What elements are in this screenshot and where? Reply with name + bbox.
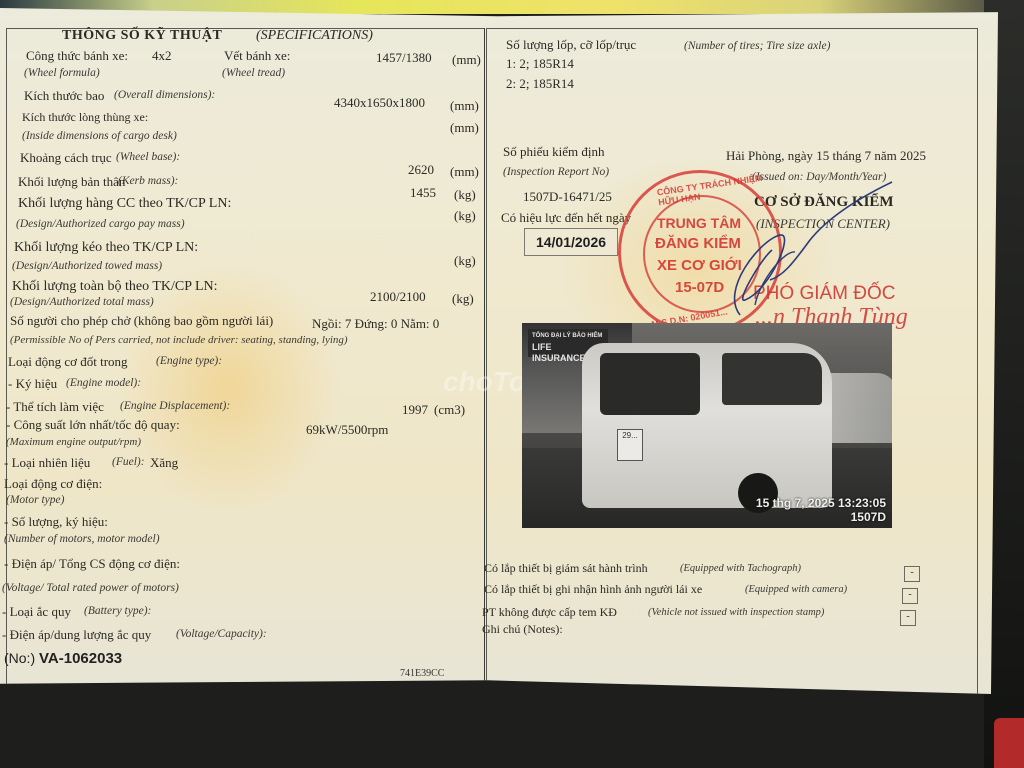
wheel-formula-value: 4x2: [152, 48, 172, 64]
wheel-formula-label-en: (Wheel formula): [24, 67, 100, 79]
towed-mass-label: Khối lượng kéo theo TK/CP LN:: [14, 240, 198, 256]
engine-model-label-en: (Engine model):: [66, 377, 141, 389]
photo-timestamp-date: 15 thg 7, 2025 13:23:05: [756, 496, 886, 510]
photo-van-rear-window: [600, 353, 700, 415]
check-camera-box: -: [902, 588, 918, 604]
vehicle-photo: TỔNG ĐẠI LÝ BẢO HIỂM LIFE INSURANCE 29..…: [522, 323, 892, 528]
document-number: (No:) VA-1062033: [4, 650, 122, 667]
photo-timestamp-station: 1507D: [756, 510, 886, 524]
check-stamp-label: PT không được cấp tem KĐ: [482, 605, 617, 620]
battery-voltage-label-en: (Voltage/Capacity):: [176, 628, 267, 640]
engine-displacement-unit: (cm3): [434, 402, 465, 418]
persons-label-en: (Permissible No of Pers carried, not inc…: [10, 334, 348, 346]
wheel-tread-unit: (mm): [452, 52, 481, 68]
total-mass-label: Khối lượng toàn bộ theo TK/CP LN:: [12, 279, 218, 295]
kerb-mass-unit: (kg): [454, 187, 476, 203]
check-camera-label: Có lắp thiết bị ghi nhận hình ảnh người …: [484, 582, 702, 597]
cargo-inside-label: Kích thước lòng thùng xe:: [22, 110, 148, 125]
motor-voltage-label: - Điện áp/ Tổng CS động cơ điện:: [4, 556, 180, 572]
overall-dimensions-label-en: (Overall dimensions):: [114, 89, 215, 101]
persons-label: Số người cho phép chở (không bao gồm ngư…: [10, 313, 273, 329]
engine-output-label-en: (Maximum engine output/rpm): [6, 436, 141, 448]
overall-dimensions-label: Kích thước bao: [24, 88, 104, 104]
cargo-mass-unit: (kg): [454, 208, 476, 224]
engine-displacement-label: - Thể tích làm việc: [6, 399, 104, 415]
battery-voltage-label: - Điện áp/dung lượng ắc quy: [2, 627, 151, 643]
fuel-value: Xăng: [150, 455, 178, 471]
issue-place-date: Hải Phòng, ngày 15 tháng 7 năm 2025: [726, 148, 926, 164]
overall-dimensions-value: 4340x1650x1800: [334, 95, 425, 111]
motor-type-label: Loại động cơ điện:: [4, 476, 102, 492]
overall-dimensions-unit: (mm): [450, 98, 479, 114]
towed-mass-label-en: (Design/Authorized towed mass): [12, 260, 162, 272]
tires-label: Số lượng lốp, cỡ lốp/trục: [506, 37, 636, 53]
wheel-base-label: Khoảng cách trục: [20, 150, 112, 166]
engine-output-label: - Công suất lớn nhất/tốc độ quay:: [6, 417, 180, 433]
seatbelt-buckle: [994, 718, 1024, 768]
engine-type-label-en: (Engine type):: [156, 355, 222, 367]
photo-timestamp: 15 thg 7, 2025 13:23:05 1507D: [756, 496, 886, 524]
tire-axle-1: 1: 2; 185R14: [506, 56, 574, 72]
motor-count-label-en: (Number of motors, motor model): [4, 533, 160, 545]
kerb-mass-value: 1455: [410, 185, 436, 201]
wheel-tread-label-en: (Wheel tread): [222, 67, 285, 79]
valid-until-date: 14/01/2026: [524, 228, 618, 256]
cargo-mass-label: Khối lượng hàng CC theo TK/CP LN:: [18, 196, 231, 212]
report-label-en: (Inspection Report No): [503, 166, 609, 178]
engine-model-label: - Ký hiệu: [8, 376, 57, 392]
wheel-tread-value: 1457/1380: [376, 50, 432, 66]
wheel-base-value: 2620: [408, 162, 434, 178]
fuel-label-en: (Fuel):: [112, 456, 145, 468]
spec-title: THÔNG SỐ KỸ THUẬT: [62, 28, 222, 44]
report-number: 1507D-16471/25: [523, 189, 612, 205]
kerb-mass-label: Khối lượng bản thân: [18, 174, 125, 190]
engine-type-label: Loại động cơ đốt trong: [8, 354, 128, 370]
total-mass-label-en: (Design/Authorized total mass): [10, 296, 154, 308]
fuel-label: - Loại nhiên liệu: [4, 455, 90, 471]
check-stamp-label-en: (Vehicle not issued with inspection stam…: [648, 607, 824, 618]
cargo-inside-label-en: (Inside dimensions of cargo desk): [22, 130, 177, 142]
tires-label-en: (Number of tires; Tire size axle): [684, 40, 830, 52]
persons-value: Ngồi: 7 Đứng: 0 Nằm: 0: [312, 316, 439, 332]
check-tachograph-box: -: [904, 566, 920, 582]
check-tachograph-label-en: (Equipped with Tachograph): [680, 563, 801, 574]
spec-title-en: (SPECIFICATIONS): [256, 28, 373, 44]
wheel-base-label-en: (Wheel base):: [116, 151, 180, 163]
battery-type-label-en: (Battery type):: [84, 605, 151, 617]
photo-license-plate: 29...: [617, 429, 643, 461]
report-label: Số phiếu kiểm định: [503, 144, 604, 160]
photo-van-side-window: [722, 353, 822, 405]
motor-count-label: - Số lượng, ký hiệu:: [4, 514, 108, 530]
document-number-label: (No:): [4, 650, 35, 666]
total-mass-value: 2100/2100: [370, 289, 426, 305]
engine-output-value: 69kW/5500rpm: [306, 422, 388, 438]
notes-label: Ghi chú (Notes):: [482, 622, 563, 637]
tire-axle-2: 2: 2; 185R14: [506, 76, 574, 92]
cargo-inside-unit: (mm): [450, 120, 479, 136]
check-camera-label-en: (Equipped with camera): [745, 584, 847, 595]
cargo-mass-label-en: (Design/Authorized cargo pay mass): [16, 218, 185, 230]
serial-code: 741E39CC: [400, 668, 444, 679]
motor-type-label-en: (Motor type): [6, 494, 64, 506]
wheel-formula-label: Công thức bánh xe:: [26, 48, 128, 64]
towed-mass-unit: (kg): [454, 253, 476, 269]
photo-sign-line-1: TỔNG ĐẠI LÝ BẢO HIỂM: [532, 331, 604, 342]
valid-until-label: Có hiệu lực đến hết ngày: [501, 210, 631, 226]
battery-type-label: - Loại ắc quy: [2, 604, 71, 620]
check-stamp-box: -: [900, 610, 916, 626]
check-tachograph-label: Có lắp thiết bị giám sát hành trình: [484, 561, 648, 576]
document-number-value: VA-1062033: [39, 650, 122, 667]
engine-displacement-value: 1997: [402, 402, 428, 418]
wheel-tread-label: Vết bánh xe:: [224, 48, 290, 64]
wheel-base-unit: (mm): [450, 164, 479, 180]
total-mass-unit: (kg): [452, 291, 474, 307]
kerb-mass-label-en: (Kerb mass):: [118, 175, 178, 187]
motor-voltage-label-en: (Voltage/ Total rated power of motors): [2, 582, 179, 594]
signature-icon: [700, 180, 900, 330]
engine-displacement-label-en: (Engine Displacement):: [120, 400, 230, 412]
